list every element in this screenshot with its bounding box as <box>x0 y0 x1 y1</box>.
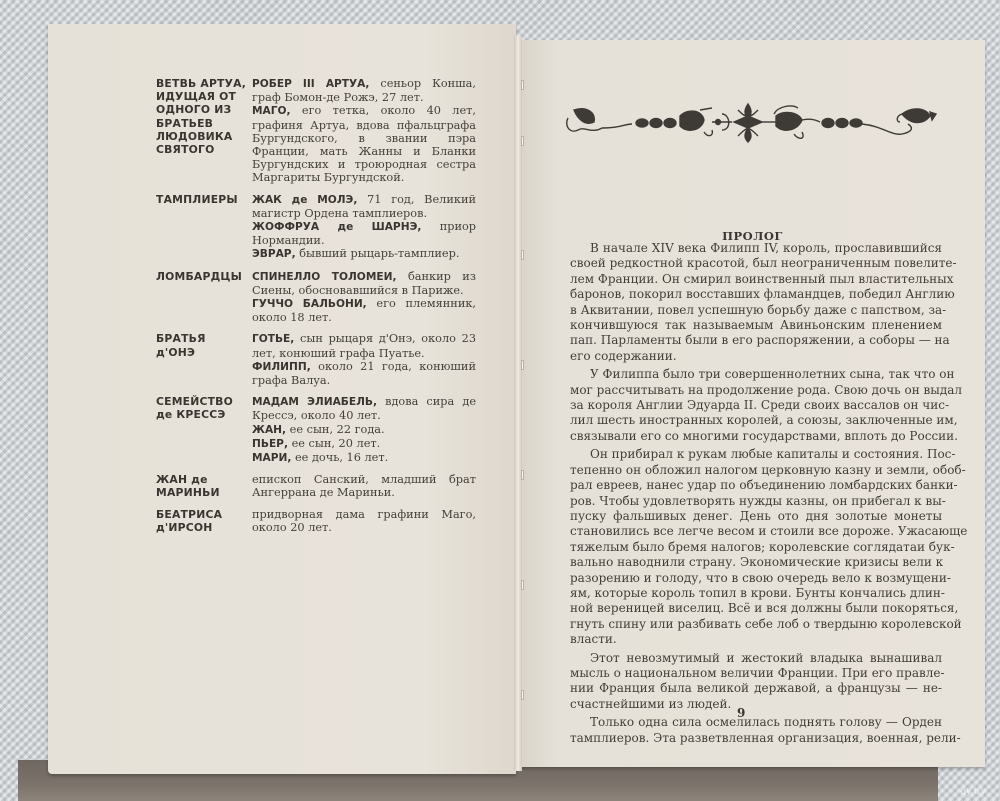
cast-list: ВЕТВЬ АРТУА, ИДУЩАЯ ОТ ОДНОГО ИЗ БРАТЬЕВ… <box>156 77 476 542</box>
paragraph: В начале XIV века Филипп IV, король, про… <box>570 241 942 364</box>
binding-stitch <box>521 580 524 590</box>
cast-group-beatrice-dhirson: БЕАТРИСА д'ИРСОН придворная дама графини… <box>156 508 476 534</box>
paragraph: Он прибирал к рукам любые капиталы и сос… <box>570 447 942 647</box>
cast-member: ГОТЬЕ, сын рыцаря д'Онэ, около 23 лет, к… <box>252 332 476 359</box>
group-members: МАДАМ ЭЛИАБЕЛЬ, вдова сира де Крессэ, ок… <box>252 395 476 465</box>
binding-stitch <box>521 136 524 146</box>
page-number: 9 <box>737 706 745 720</box>
cast-group-lombards: ЛОМБАРДЦЫ СПИНЕЛЛО ТОЛОМЕИ, банкир из Си… <box>156 270 476 325</box>
group-members: РОБЕР III АРТУА, сеньор Конша, граф Бомо… <box>252 77 476 185</box>
book-spine-gutter <box>514 36 522 771</box>
cast-member: ГУЧЧО БАЛЬОНИ, его племянник, около 18 л… <box>252 297 476 324</box>
group-name: ЖАН де МАРИНЬИ <box>156 473 252 499</box>
group-name: ЛОМБАРДЦЫ <box>156 270 252 325</box>
group-members: ГОТЬЕ, сын рыцаря д'Онэ, около 23 лет, к… <box>252 332 476 387</box>
cast-member: МАРИ, ее дочь, 16 лет. <box>252 451 476 465</box>
cast-member: СПИНЕЛЛО ТОЛОМЕИ, банкир из Сиены, обосн… <box>252 270 476 297</box>
paragraph: Этот невозмутимый и жестокий владыка вын… <box>570 651 942 713</box>
binding-stitch <box>521 470 524 480</box>
cast-member: ЭВРАР, бывший рыцарь-тамплиер. <box>252 247 476 261</box>
group-name: ТАМПЛИЕРЫ <box>156 193 252 262</box>
paragraph: У Филиппа было три совершеннолетних сына… <box>570 367 942 444</box>
cast-member: ЖАН, ее сын, 22 года. <box>252 423 476 437</box>
cast-group-cressay-family: СЕМЕЙСТВО де КРЕССЭ МАДАМ ЭЛИАБЕЛЬ, вдов… <box>156 395 476 465</box>
cast-member: епископ Санский, младший брат Ангеррана … <box>252 473 476 499</box>
cast-group-jean-de-marigny: ЖАН де МАРИНЬИ епископ Санский, младший … <box>156 473 476 499</box>
cast-member: ПЬЕР, ее сын, 20 лет. <box>252 437 476 451</box>
cast-group-aunay-brothers: БРАТЬЯ д'ОНЭ ГОТЬЕ, сын рыцаря д'Онэ, ок… <box>156 332 476 387</box>
group-name: БРАТЬЯ д'ОНЭ <box>156 332 252 387</box>
group-name: СЕМЕЙСТВО де КРЕССЭ <box>156 395 252 465</box>
group-name: БЕАТРИСА д'ИРСОН <box>156 508 252 534</box>
binding-stitch <box>521 250 524 260</box>
group-name: ВЕТВЬ АРТУА, ИДУЩАЯ ОТ ОДНОГО ИЗ БРАТЬЕВ… <box>156 77 252 185</box>
cast-member: ФИЛИПП, около 21 года, конюший графа Вал… <box>252 360 476 387</box>
cast-member: придворная дама графини Маго, около 20 л… <box>252 508 476 534</box>
cast-group-templars: ТАМПЛИЕРЫ ЖАК де МОЛЭ, 71 год, Великий м… <box>156 193 476 262</box>
binding-stitch <box>521 690 524 700</box>
decorative-headpiece-ornament-icon <box>562 100 938 146</box>
cast-member: МАДАМ ЭЛИАБЕЛЬ, вдова сира де Крессэ, ок… <box>252 395 476 422</box>
group-members: ЖАК де МОЛЭ, 71 год, Великий магистр Орд… <box>252 193 476 262</box>
cast-member: ЖОФФРУА де ШАРНЭ, приор Нормандии. <box>252 220 476 247</box>
cast-member: МАГО, его тетка, около 40 лет, графиня А… <box>252 104 476 184</box>
group-members: епископ Санский, младший брат Ангеррана … <box>252 473 476 499</box>
binding-stitch <box>521 360 524 370</box>
group-members: придворная дама графини Маго, около 20 л… <box>252 508 476 534</box>
cast-member: ЖАК де МОЛЭ, 71 год, Великий магистр Орд… <box>252 193 476 220</box>
group-members: СПИНЕЛЛО ТОЛОМЕИ, банкир из Сиены, обосн… <box>252 270 476 325</box>
cast-member: РОБЕР III АРТУА, сеньор Конша, граф Бомо… <box>252 77 476 104</box>
binding-stitch <box>521 80 524 90</box>
paragraph: Только одна сила осмелилась поднять голо… <box>570 715 942 746</box>
prologue-text: В начале XIV века Филипп IV, король, про… <box>570 241 942 749</box>
cast-group-artois: ВЕТВЬ АРТУА, ИДУЩАЯ ОТ ОДНОГО ИЗ БРАТЬЕВ… <box>156 77 476 185</box>
watermark: ay.by <box>960 786 986 797</box>
